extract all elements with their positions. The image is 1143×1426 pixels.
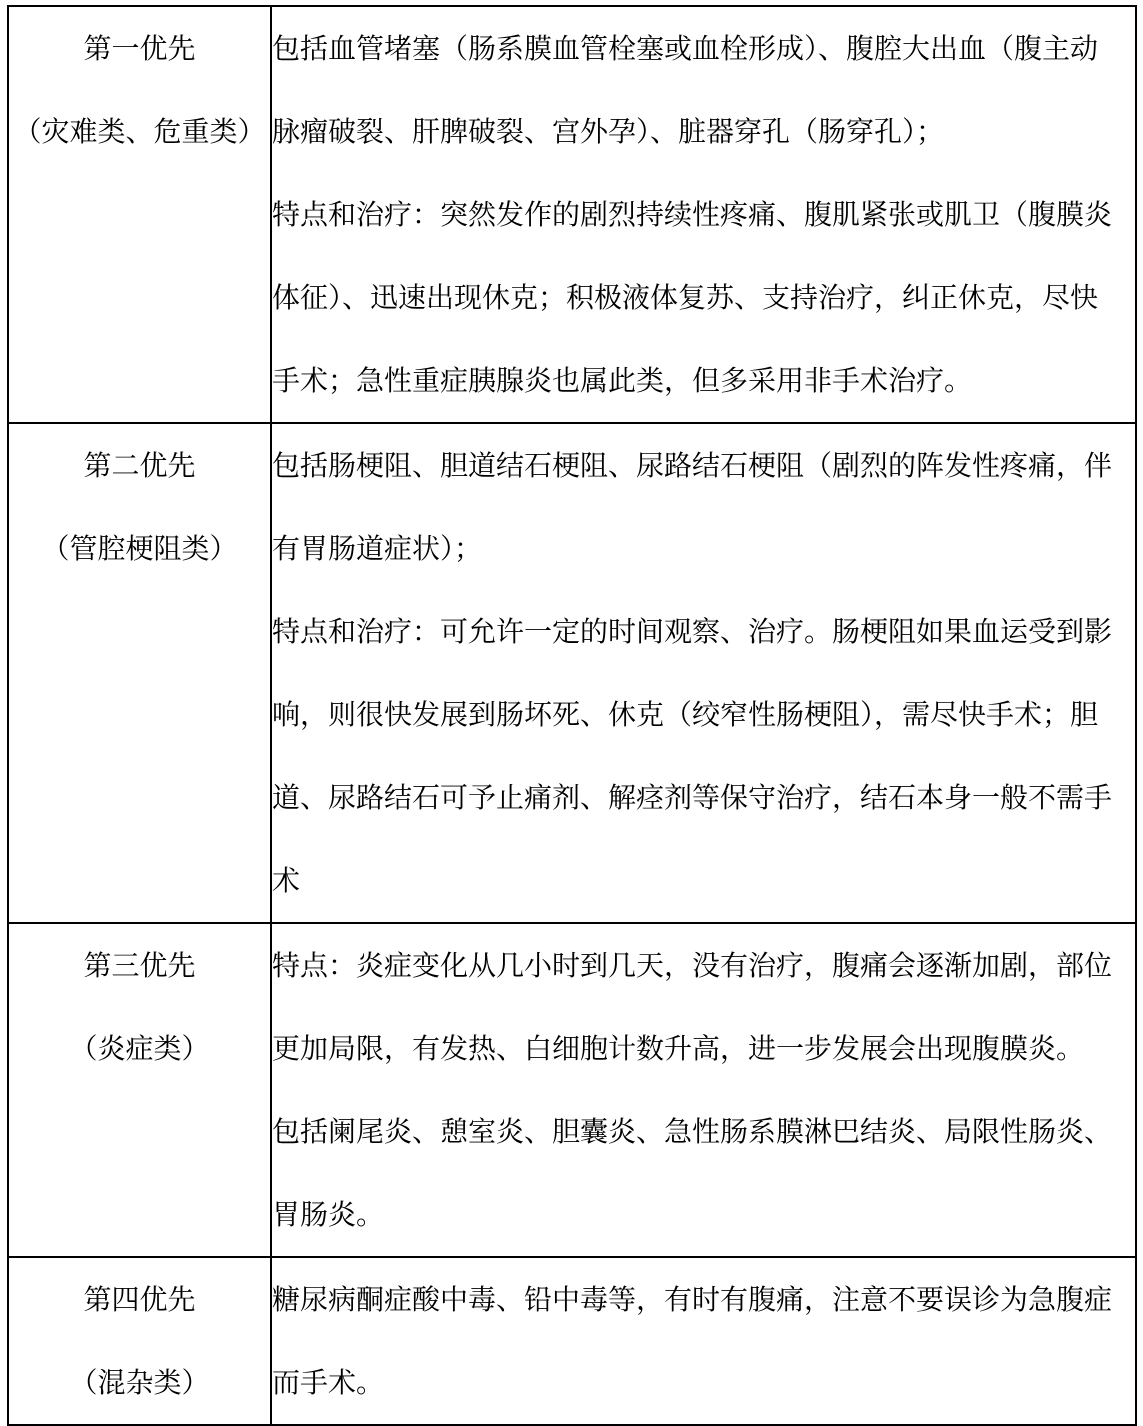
description-cell: 特点：炎症变化从几小时到几天，没有治疗，腹痛会逐渐加剧，部位 更加局限，有发热、… <box>271 923 1136 1257</box>
priority-title: 第三优先 <box>9 924 270 1007</box>
text-line: 糖尿病酮症酸中毒、铅中毒等，有时有腹痛，注意不要误诊为急腹症 <box>272 1258 1135 1341</box>
text-line: 体征）、迅速出现休克；积极液体复苏、支持治疗，纠正休克，尽快 <box>272 256 1135 339</box>
priority-title: 第四优先 <box>9 1258 270 1341</box>
text-line: 术 <box>272 839 1135 922</box>
text-line: 而手术。 <box>272 1341 1135 1424</box>
priority-cell: 第一优先 （灾难类、危重类） <box>8 6 271 423</box>
text-line: 包括肠梗阻、胆道结石梗阻、尿路结石梗阻（剧烈的阵发性疼痛，伴 <box>272 424 1135 507</box>
priority-table-body: 第一优先 （灾难类、危重类） 包括血管堵塞（肠系膜血管栓塞或血栓形成）、腹腔大出… <box>8 6 1136 1425</box>
table-row: 第四优先 （混杂类） 糖尿病酮症酸中毒、铅中毒等，有时有腹痛，注意不要误诊为急腹… <box>8 1257 1136 1425</box>
priority-title: 第一优先 <box>9 7 270 90</box>
description-cell: 包括肠梗阻、胆道结石梗阻、尿路结石梗阻（剧烈的阵发性疼痛，伴 有胃肠道症状）； … <box>271 423 1136 923</box>
priority-subtitle: （炎症类） <box>9 1007 270 1090</box>
priority-subtitle: （灾难类、危重类） <box>9 90 270 173</box>
priority-cell: 第三优先 （炎症类） <box>8 923 271 1257</box>
priority-subtitle: （混杂类） <box>9 1341 270 1424</box>
text-line: 手术；急性重症胰腺炎也属此类，但多采用非手术治疗。 <box>272 339 1135 422</box>
text-line: 特点和治疗：可允许一定的时间观察、治疗。肠梗阻如果血运受到影 <box>272 590 1135 673</box>
priority-cell: 第二优先 （管腔梗阻类） <box>8 423 271 923</box>
document-page: 第一优先 （灾难类、危重类） 包括血管堵塞（肠系膜血管栓塞或血栓形成）、腹腔大出… <box>7 5 1137 1425</box>
text-line: 道、尿路结石可予止痛剂、解痉剂等保守治疗，结石本身一般不需手 <box>272 756 1135 839</box>
table-row: 第三优先 （炎症类） 特点：炎症变化从几小时到几天，没有治疗，腹痛会逐渐加剧，部… <box>8 923 1136 1257</box>
text-line: 特点和治疗：突然发作的剧烈持续性疼痛、腹肌紧张或肌卫（腹膜炎 <box>272 173 1135 256</box>
text-line: 更加局限，有发热、白细胞计数升高，进一步发展会出现腹膜炎。 <box>272 1007 1135 1090</box>
priority-table: 第一优先 （灾难类、危重类） 包括血管堵塞（肠系膜血管栓塞或血栓形成）、腹腔大出… <box>7 5 1137 1425</box>
text-line: 包括阑尾炎、憩室炎、胆囊炎、急性肠系膜淋巴结炎、局限性肠炎、 <box>272 1090 1135 1173</box>
text-line: 有胃肠道症状）； <box>272 507 1135 590</box>
text-line: 特点：炎症变化从几小时到几天，没有治疗，腹痛会逐渐加剧，部位 <box>272 924 1135 1007</box>
table-row: 第一优先 （灾难类、危重类） 包括血管堵塞（肠系膜血管栓塞或血栓形成）、腹腔大出… <box>8 6 1136 423</box>
priority-cell: 第四优先 （混杂类） <box>8 1257 271 1425</box>
text-line: 脉瘤破裂、肝脾破裂、宫外孕）、脏器穿孔（肠穿孔）； <box>272 90 1135 173</box>
text-line: 包括血管堵塞（肠系膜血管栓塞或血栓形成）、腹腔大出血（腹主动 <box>272 7 1135 90</box>
priority-subtitle: （管腔梗阻类） <box>9 507 270 590</box>
text-line: 响，则很快发展到肠坏死、休克（绞窄性肠梗阻），需尽快手术；胆 <box>272 673 1135 756</box>
description-cell: 糖尿病酮症酸中毒、铅中毒等，有时有腹痛，注意不要误诊为急腹症 而手术。 <box>271 1257 1136 1425</box>
priority-title: 第二优先 <box>9 424 270 507</box>
description-cell: 包括血管堵塞（肠系膜血管栓塞或血栓形成）、腹腔大出血（腹主动 脉瘤破裂、肝脾破裂… <box>271 6 1136 423</box>
table-row: 第二优先 （管腔梗阻类） 包括肠梗阻、胆道结石梗阻、尿路结石梗阻（剧烈的阵发性疼… <box>8 423 1136 923</box>
text-line: 胃肠炎。 <box>272 1173 1135 1256</box>
